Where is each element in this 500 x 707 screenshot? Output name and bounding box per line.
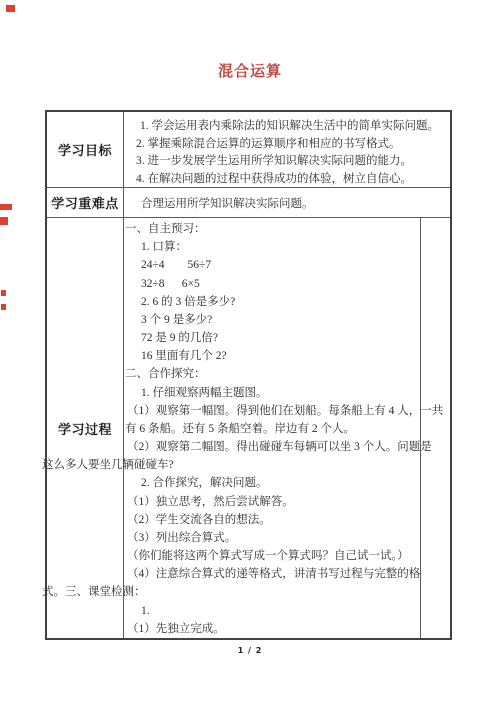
goal-item: 4. 在解决问题的过程中获得成功的体验，树立自信心。: [136, 171, 444, 189]
red-annotation-mark: [6, 5, 15, 12]
process-line: 一、自主预习：: [124, 220, 420, 238]
process-line: 有 6 条船。还有 5 条船空着。岸边有 2 个人。: [124, 420, 420, 438]
process-line: （你们能将这两个算式写成一个算式吗？自己试一试。）: [124, 547, 420, 565]
red-annotation-mark: [0, 217, 8, 225]
process-line: 式。三、课堂检测：: [42, 583, 420, 601]
process-line: 3 个 9 是多少?: [124, 311, 420, 329]
process-content-cell: 一、自主预习：1. 口算：24÷4 56÷732÷8 6×52. 6 的 3 倍…: [124, 218, 420, 638]
process-line: 二、合作探究：: [124, 365, 420, 383]
page-number: 1 / 2: [0, 646, 500, 655]
goal-item: 2. 掌握乘除混合运算的运算顺序和相应的书写格式。: [136, 136, 444, 154]
process-line: 1. 口算：: [124, 238, 420, 256]
process-line: （1）观察第一幅图。得到他们在划船。每条船上有 4 人，一共: [124, 402, 420, 420]
red-annotation-mark: [0, 204, 12, 210]
document-title: 混合运算: [0, 60, 500, 81]
red-annotation-mark: [1, 304, 6, 310]
process-line: （2）学生交流各自的想法。: [124, 511, 420, 529]
row-label-goals: 学习目标: [47, 112, 124, 187]
goals-content-cell: 1. 学会运用表内乘除法的知识解决生活中的简单实际问题。2. 掌握乘除混合运算的…: [124, 112, 450, 187]
process-line: （2）观察第二幅图。得出碰碰车每辆可以坐 3 个人。问题是: [124, 438, 420, 456]
row-label-process: 学习过程: [47, 218, 124, 638]
process-line: （3）列出综合算式。: [124, 529, 420, 547]
process-line: 2. 6 的 3 倍是多少?: [124, 293, 420, 311]
table-row-process: 学习过程 一、自主预习：1. 口算：24÷4 56÷732÷8 6×52. 6 …: [47, 218, 450, 638]
empty-side-column: [420, 218, 450, 638]
table-row-keypoints: 学习重难点 合理运用所学知识解决实际问题。: [47, 188, 450, 218]
goal-item: 3. 进一步发展学生运用所学知识解决实际问题的能力。: [136, 153, 444, 171]
process-line: 1. 仔细观察两幅主题图。: [124, 384, 420, 402]
keypoints-text: 合理运用所学知识解决实际问题。: [141, 195, 314, 211]
process-line: 1.: [124, 602, 420, 620]
lesson-plan-table: 学习目标 1. 学会运用表内乘除法的知识解决生活中的简单实际问题。2. 掌握乘除…: [45, 110, 452, 640]
process-line: 24÷4 56÷7: [124, 256, 420, 274]
process-line: 2. 合作探究，解决问题。: [124, 474, 420, 492]
process-line: 16 里面有几个 2?: [124, 347, 420, 365]
process-line: （4）注意综合算式的递等格式，讲清书写过程与完整的格: [124, 565, 420, 583]
table-row-goals: 学习目标 1. 学会运用表内乘除法的知识解决生活中的简单实际问题。2. 掌握乘除…: [47, 112, 450, 188]
process-line: （1）先独立完成。: [124, 620, 420, 638]
process-line: （1）独立思考，然后尝试解答。: [124, 493, 420, 511]
process-line: 32÷8 6×5: [124, 275, 420, 293]
row-label-keypoints: 学习重难点: [47, 188, 124, 217]
document-page: 混合运算 学习目标 1. 学会运用表内乘除法的知识解决生活中的简单实际问题。2.…: [0, 0, 500, 707]
process-line: 这么多人要坐几辆碰碰车?: [42, 456, 420, 474]
red-annotation-mark: [1, 290, 6, 296]
keypoints-content-cell: 合理运用所学知识解决实际问题。: [124, 188, 450, 217]
goal-item: 1. 学会运用表内乘除法的知识解决生活中的简单实际问题。: [136, 118, 444, 136]
process-line: 72 是 9 的几倍?: [124, 329, 420, 347]
